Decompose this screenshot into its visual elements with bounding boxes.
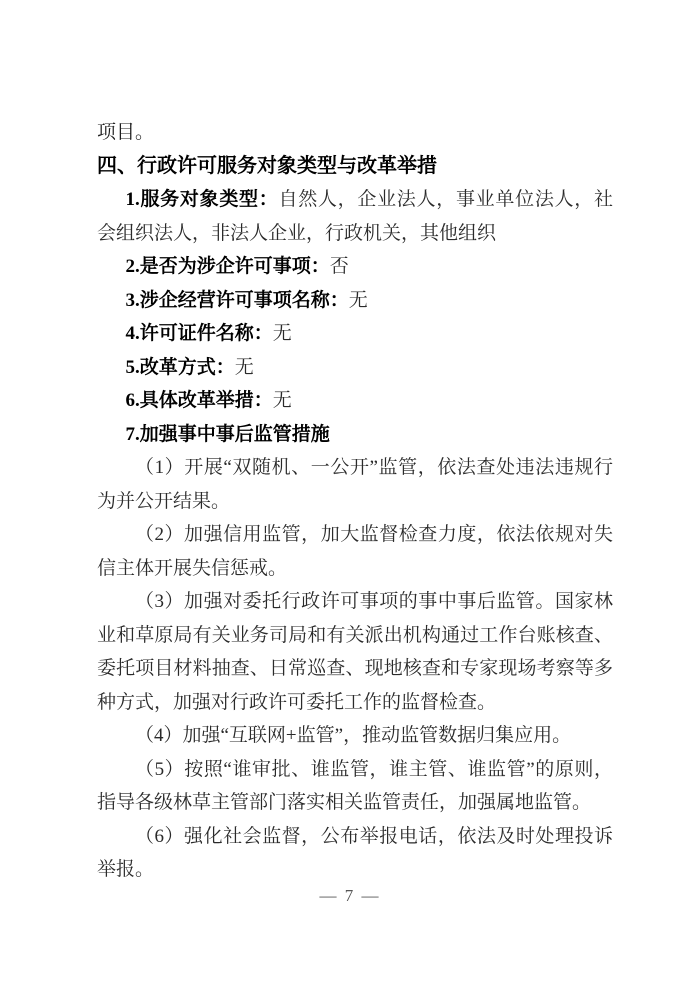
item-label: 7.加强事中事后监管措施 — [126, 424, 330, 445]
measure-paragraph-2: （2）加强信用监管，加大监督检查力度，依法依规对失信主体开展失信惩戒。 — [97, 518, 613, 585]
item-service-object-type: 1.服务对象类型：自然人，企业法人，事业单位法人，社会组织法人，非法人企业，行政… — [97, 183, 613, 250]
item-reform-method: 5.改革方式：无 — [97, 351, 613, 385]
measure-paragraph-4: （4）加强“互联网+监管”，推动监管数据归集应用。 — [97, 719, 613, 753]
measure-paragraph-5: （5）按照“谁审批、谁监管，谁主管、谁监管”的原则，指导各级林草主管部门落实相关… — [97, 753, 613, 820]
item-label: 4.许可证件名称： — [126, 323, 273, 344]
item-value: 无 — [235, 357, 254, 378]
document-body: 项目。 四、行政许可服务对象类型与改革举措 1.服务对象类型：自然人，企业法人，… — [97, 116, 613, 887]
item-enterprise-license: 2.是否为涉企许可事项：否 — [97, 250, 613, 284]
measure-paragraph-1: （1）开展“双随机、一公开”监管，依法查处违法违规行为并公开结果。 — [97, 451, 613, 518]
item-label: 1.服务对象类型： — [126, 189, 279, 210]
page-number: — 7 — — [0, 886, 700, 906]
item-value: 无 — [273, 390, 292, 411]
measure-paragraph-6: （6）强化社会监督，公布举报电话，依法及时处理投诉举报。 — [97, 820, 613, 887]
item-value: 否 — [330, 256, 349, 277]
measure-paragraph-3: （3）加强对委托行政许可事项的事中事后监管。国家林业和草原局有关业务司局和有关派… — [97, 585, 613, 719]
continuation-line: 项目。 — [97, 116, 613, 150]
item-label: 5.改革方式： — [126, 357, 235, 378]
document-page: 项目。 四、行政许可服务对象类型与改革举措 1.服务对象类型：自然人，企业法人，… — [0, 0, 700, 989]
item-value: 无 — [349, 290, 368, 311]
item-license-certificate-name: 4.许可证件名称：无 — [97, 317, 613, 351]
item-label: 3.涉企经营许可事项名称： — [126, 290, 349, 311]
item-specific-reform-measures: 6.具体改革举措：无 — [97, 384, 613, 418]
item-label: 2.是否为涉企许可事项： — [126, 256, 330, 277]
item-value: 无 — [273, 323, 292, 344]
item-supervision-measures-heading: 7.加强事中事后监管措施 — [97, 418, 613, 452]
item-enterprise-license-name: 3.涉企经营许可事项名称：无 — [97, 284, 613, 318]
section-heading: 四、行政许可服务对象类型与改革举措 — [97, 150, 613, 184]
item-label: 6.具体改革举措： — [126, 390, 273, 411]
